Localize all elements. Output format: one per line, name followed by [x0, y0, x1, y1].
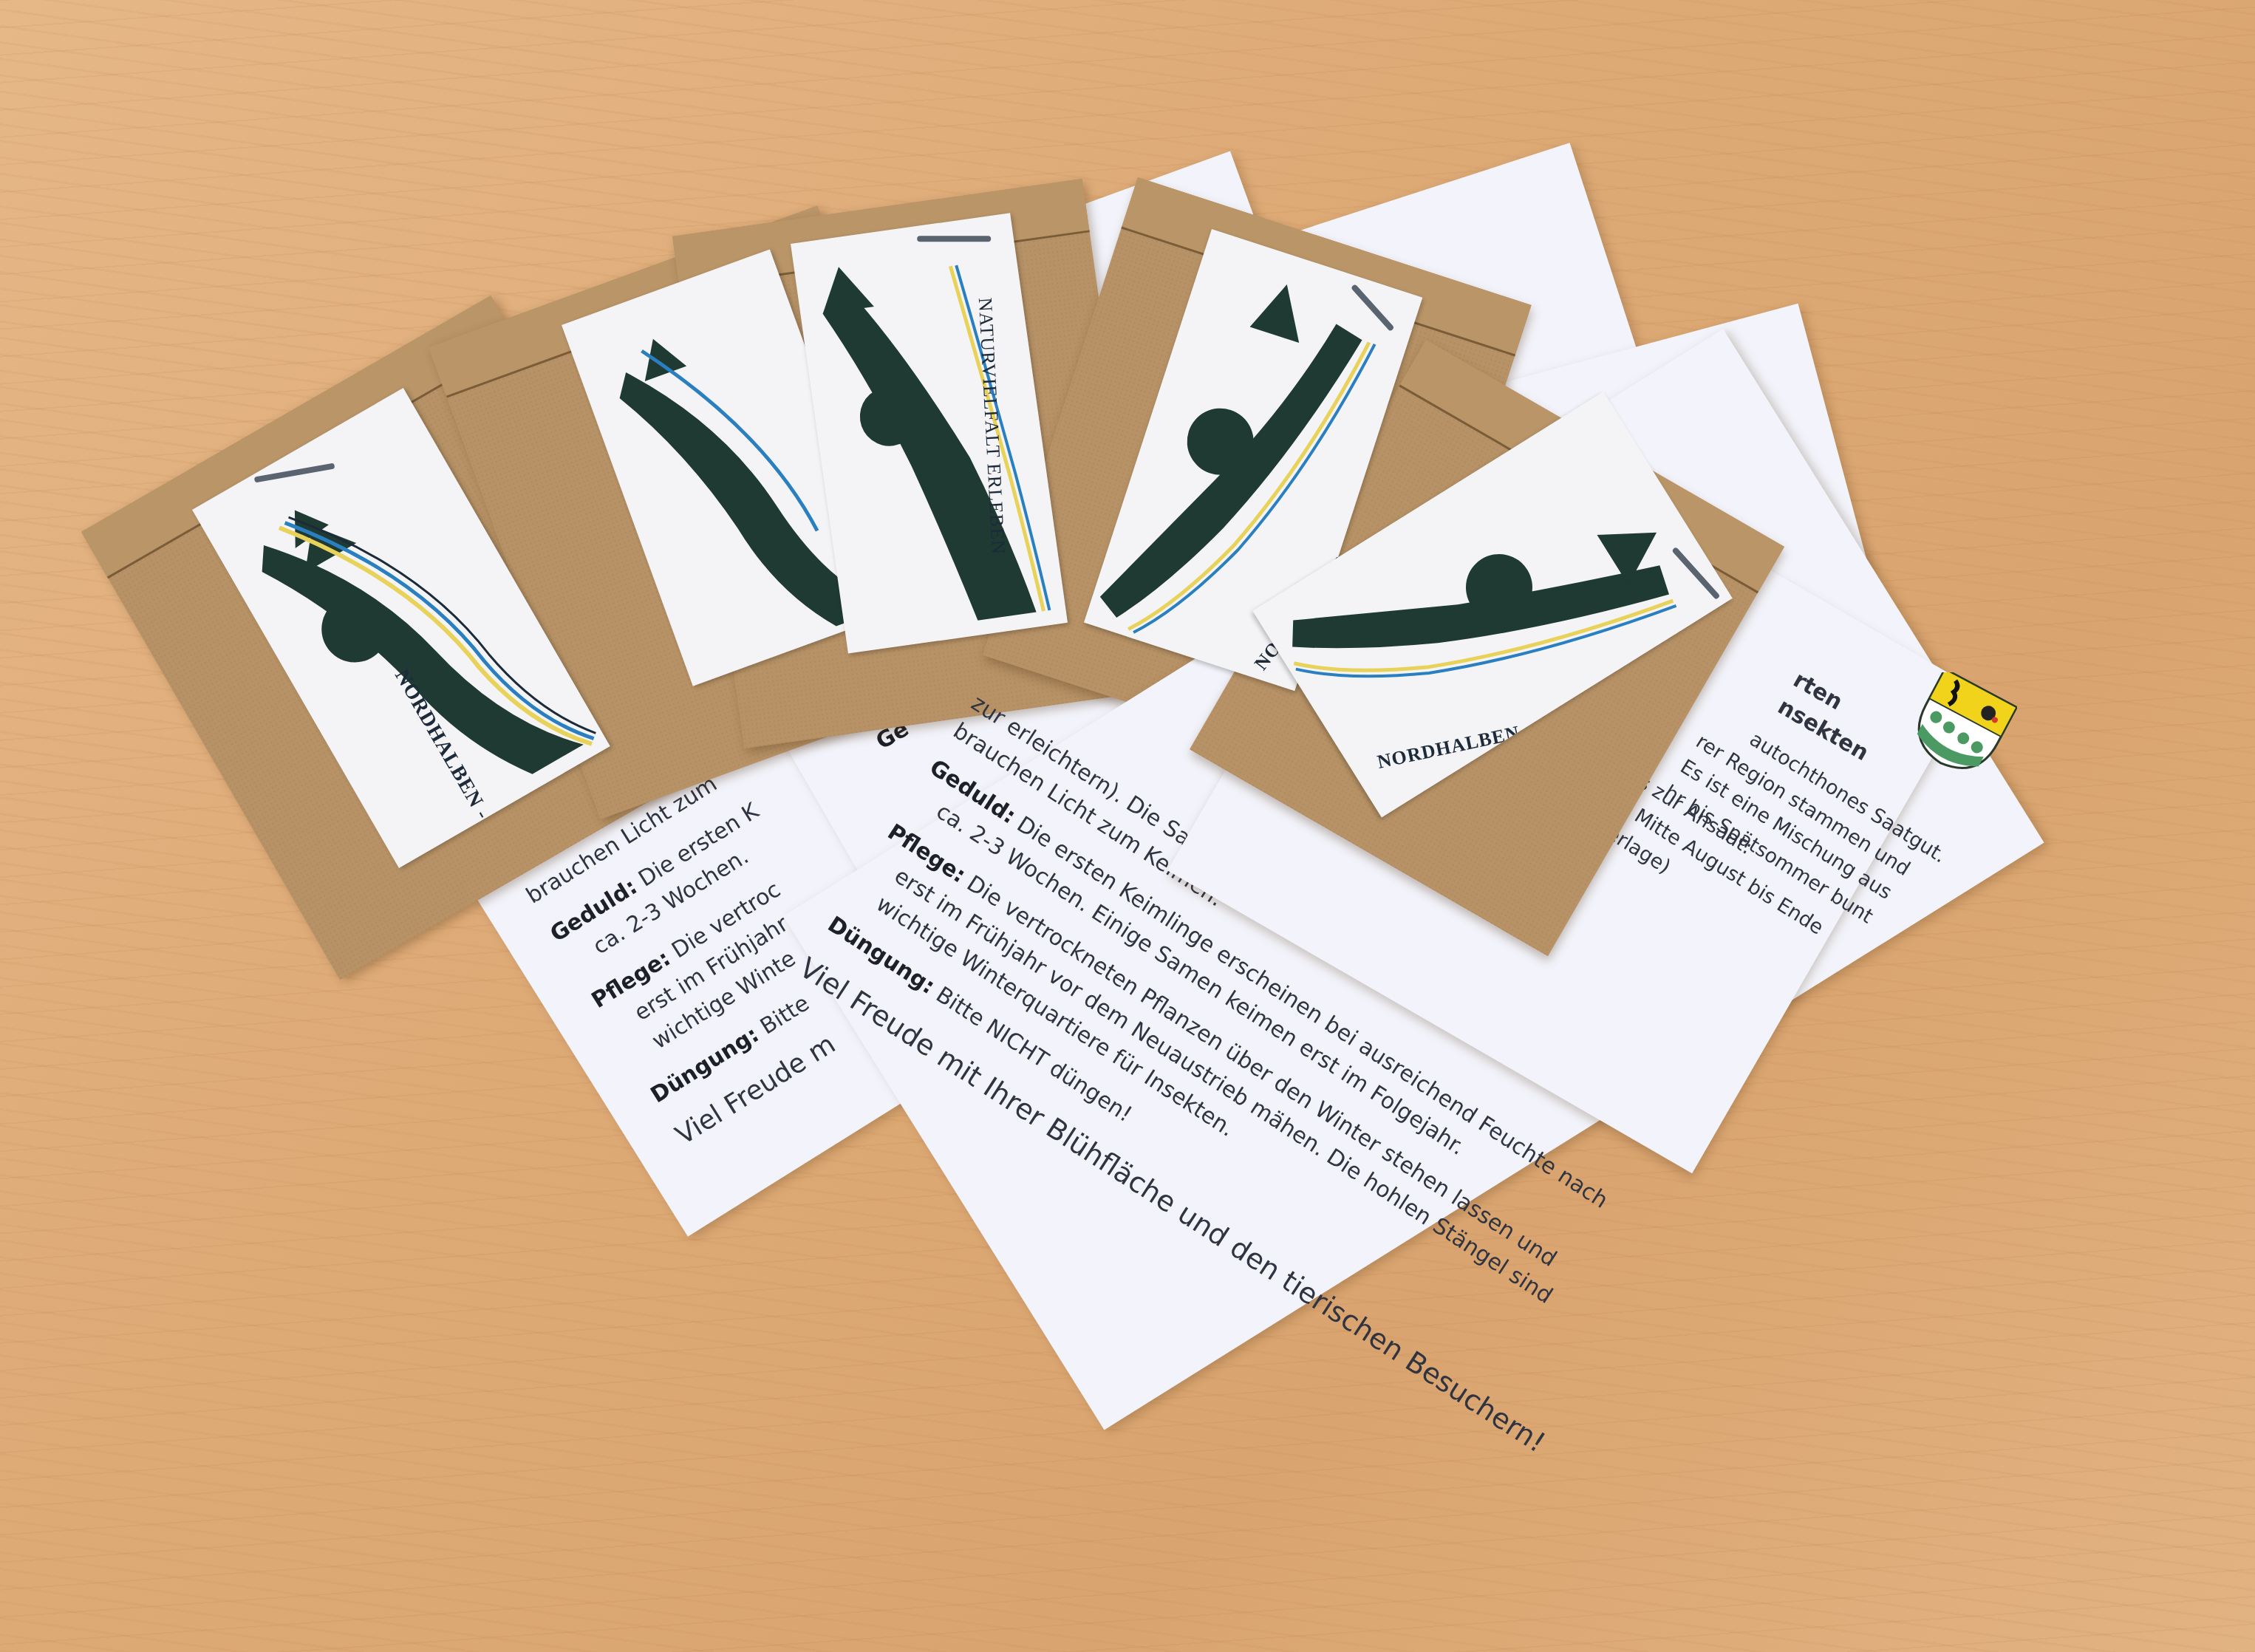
coat-of-arms-icon: [1906, 672, 2017, 776]
